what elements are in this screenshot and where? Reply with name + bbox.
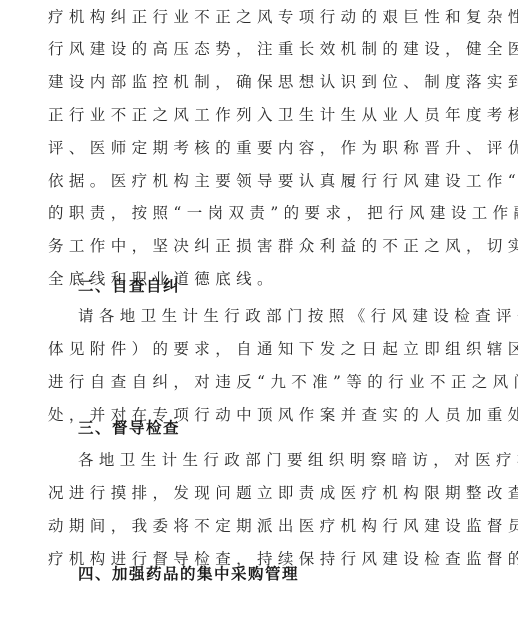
paragraph-line: 各地卫生计生行政部门要组织明察暗访，对医疗机构自查情	[78, 444, 498, 477]
section-heading-drug-procurement: 四、加强药品的集中采购管理	[78, 558, 299, 591]
paragraph-line: 的职责，按照“一岗双责”的要求，把行风建设工作融入到各项业	[48, 197, 468, 230]
paragraph-line: 请各地卫生计生行政部门按照《行风建设检查评分表》（具	[78, 300, 498, 333]
paragraph-line: 评、医师定期考核的重要内容，作为职称晋升、评优评先的重要	[48, 132, 468, 165]
paragraph-line: 体见附件）的要求，自通知下发之日起立即组织辖区内医疗机构	[48, 333, 468, 366]
paragraph-line: 依据。医疗机构主要领导要认真履行行风建设工作“第一责任人”	[48, 165, 468, 198]
paragraph-line: 动期间，我委将不定期派出医疗机构行风建设监督员对全省各医	[48, 510, 468, 543]
paragraph-line: 正行业不正之风工作列入卫生计生从业人员年度考核、医德考	[48, 99, 468, 132]
paragraph-line: 建设内部监控机制，确保思想认识到位、制度落实到位。要把纠	[48, 66, 468, 99]
section-heading-supervision: 三、督导检查	[78, 412, 180, 445]
paragraph-line: 行风建设的高压态势，注重长效机制的建设，健全医疗机构行风	[48, 33, 468, 66]
paragraph-line: 进行自查自纠，对违反“九不准”等的行业不正之风问题要严厉查	[48, 366, 468, 399]
section-heading-self-inspection: 二、自查自纠	[78, 270, 180, 303]
paragraph-line: 疗机构纠正行业不正之风专项行动的艰巨性和复杂性，始终保持	[48, 1, 468, 34]
paragraph-line: 况进行摸排，发现问题立即责成医疗机构限期整改查办。专项行	[48, 477, 468, 510]
paragraph-line: 务工作中，坚决纠正损害群众利益的不正之风，切实维护质量安	[48, 230, 468, 263]
document-page: 疗机构纠正行业不正之风专项行动的艰巨性和复杂性，始终保持 行风建设的高压态势，注…	[0, 0, 518, 631]
